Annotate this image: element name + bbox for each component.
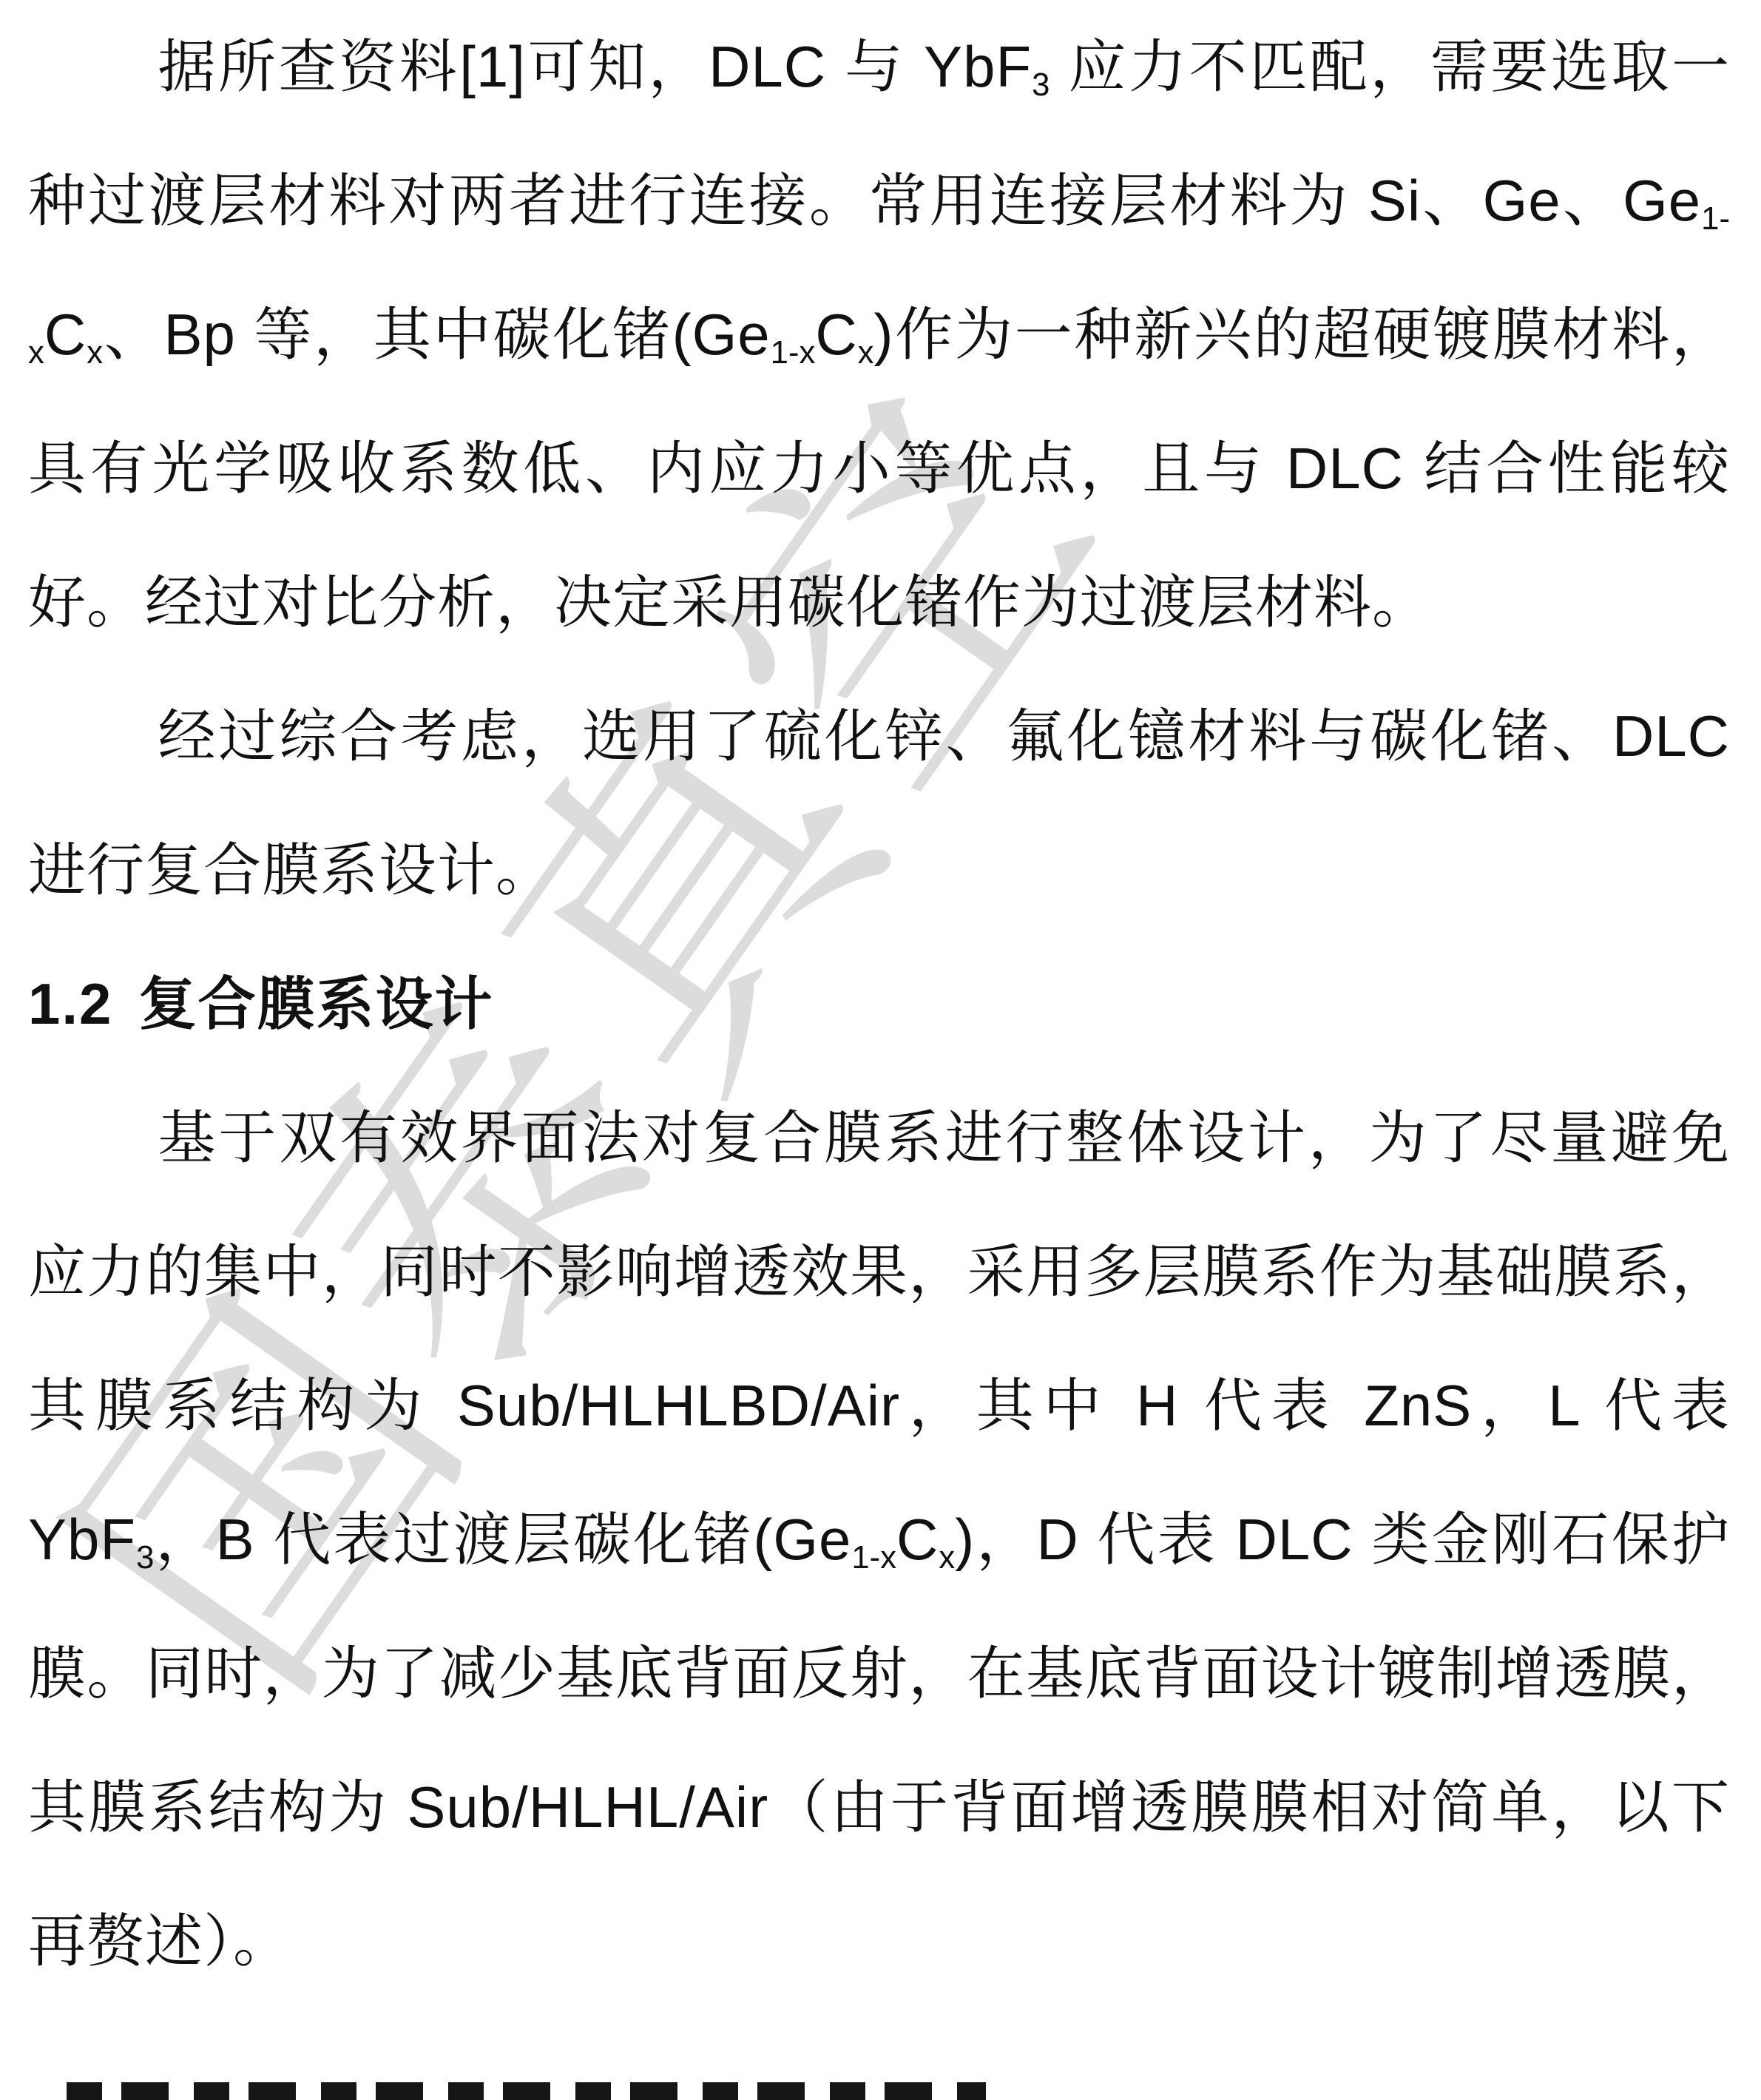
subscript-text: x — [939, 1539, 955, 1576]
subscript-text: 1-x — [771, 334, 816, 371]
paragraph-film-design: 基于双有效界面法对复合膜系进行整体设计，为了尽量避免应力的集中，同时不影响增透效… — [28, 1071, 1730, 2008]
subscript-text: x — [858, 334, 874, 371]
text-run: C — [896, 1507, 939, 1572]
cutoff-text-strip — [67, 2082, 986, 2100]
text-run: )，D 代表 DLC 类金刚石保护膜。同时，为了减少基底背面反射，在基底背面设计… — [28, 1507, 1730, 1974]
section-number: 1.2 — [28, 971, 112, 1036]
document-content: 据所查资料[1]可知，DLC 与 YbF3 应力不匹配，需要选取一种过渡层材料对… — [0, 0, 1761, 2008]
subscript-text: 3 — [136, 1539, 154, 1576]
paragraph-material-selection: 经过综合考虑，选用了硫化锌、氟化镱材料与碳化锗、DLC进行复合膜系设计。 — [28, 669, 1730, 937]
text-run: 、Bp 等，其中碳化锗(Ge — [103, 302, 771, 367]
text-run: C — [815, 302, 857, 367]
section-heading: 1.2复合膜系设计 — [28, 937, 1730, 1071]
subscript-text: x — [87, 334, 103, 371]
text-run: 据所查资料[1]可知，DLC 与 YbF — [158, 34, 1032, 99]
paragraph-transition-layer: 据所查资料[1]可知，DLC 与 YbF3 应力不匹配，需要选取一种过渡层材料对… — [28, 0, 1730, 669]
text-run: 基于双有效界面法对复合膜系进行整体设计，为了尽量避免应力的集中，同时不影响增透效… — [28, 1105, 1730, 1572]
document-page: 国泰真空 据所查资料[1]可知，DLC 与 YbF3 应力不匹配，需要选取一种过… — [0, 0, 1761, 2100]
text-run: 经过综合考虑，选用了硫化锌、氟化镱材料与碳化锗、DLC进行复合膜系设计。 — [28, 703, 1730, 902]
section-title: 复合膜系设计 — [139, 971, 494, 1036]
text-run: ，B 代表过渡层碳化锗(Ge — [154, 1507, 851, 1572]
subscript-text: 3 — [1032, 67, 1049, 103]
text-run: C — [44, 302, 87, 367]
subscript-text: 1-x — [851, 1539, 896, 1576]
